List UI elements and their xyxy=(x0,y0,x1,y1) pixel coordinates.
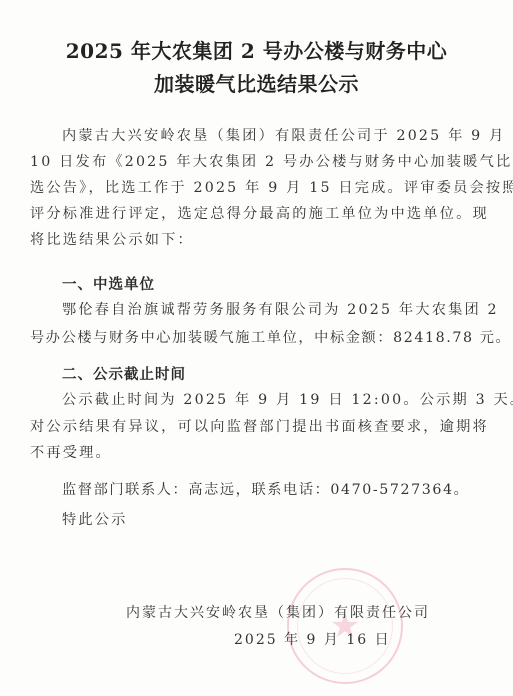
intro-line: 将比选结果公示如下： xyxy=(30,231,194,249)
intro-line: 10 日发布《2025 年大农集团 2 号办公楼与财务中心加装暖气比 xyxy=(30,153,512,171)
deadline-line: 对公示结果有异议，可以向监督部门提出书面核查要求，逾期将 xyxy=(30,418,489,436)
document-title-line-2: 加装暖气比选结果公示 xyxy=(0,68,513,97)
section-heading-deadline: 二、公示截止时间 xyxy=(62,363,186,384)
signature-organization: 内蒙古大兴安岭农垦（集团）有限责任公司 xyxy=(126,602,430,622)
supervisor-contact: 监督部门联系人：高志远，联系电话：0470-5727364。 xyxy=(62,481,469,499)
deadline-line: 公示截止时间为 2025 年 9 月 19 日 12:00。公示期 3 天。如 xyxy=(62,391,513,409)
intro-line: 内蒙古大兴安岭农垦（集团）有限责任公司于 2025 年 9 月 xyxy=(62,127,506,145)
signature-date: 2025 年 9 月 16 日 xyxy=(234,629,391,649)
deadline-line: 不再受理。 xyxy=(30,444,112,462)
intro-line: 选公告》，比选工作于 2025 年 9 月 15 日完成。评审委员会按照 xyxy=(30,179,513,197)
section-heading-winner: 一、中选单位 xyxy=(62,273,155,294)
intro-line: 评分标准进行评定，选定总得分最高的施工单位为中选单位。现 xyxy=(30,205,489,223)
winner-line: 号办公楼与财务中心加装暖气施工单位，中标金额：82418.78 元。 xyxy=(30,329,511,347)
document-title-line-1: 2025 年大农集团 2 号办公楼与财务中心 xyxy=(0,35,513,64)
winner-line: 鄂伦春自治旗诚帮劳务服务有限公司为 2025 年大农集团 2 xyxy=(62,301,499,319)
closing-remark: 特此公示 xyxy=(62,511,128,529)
official-seal-stamp: ★ xyxy=(287,568,403,684)
